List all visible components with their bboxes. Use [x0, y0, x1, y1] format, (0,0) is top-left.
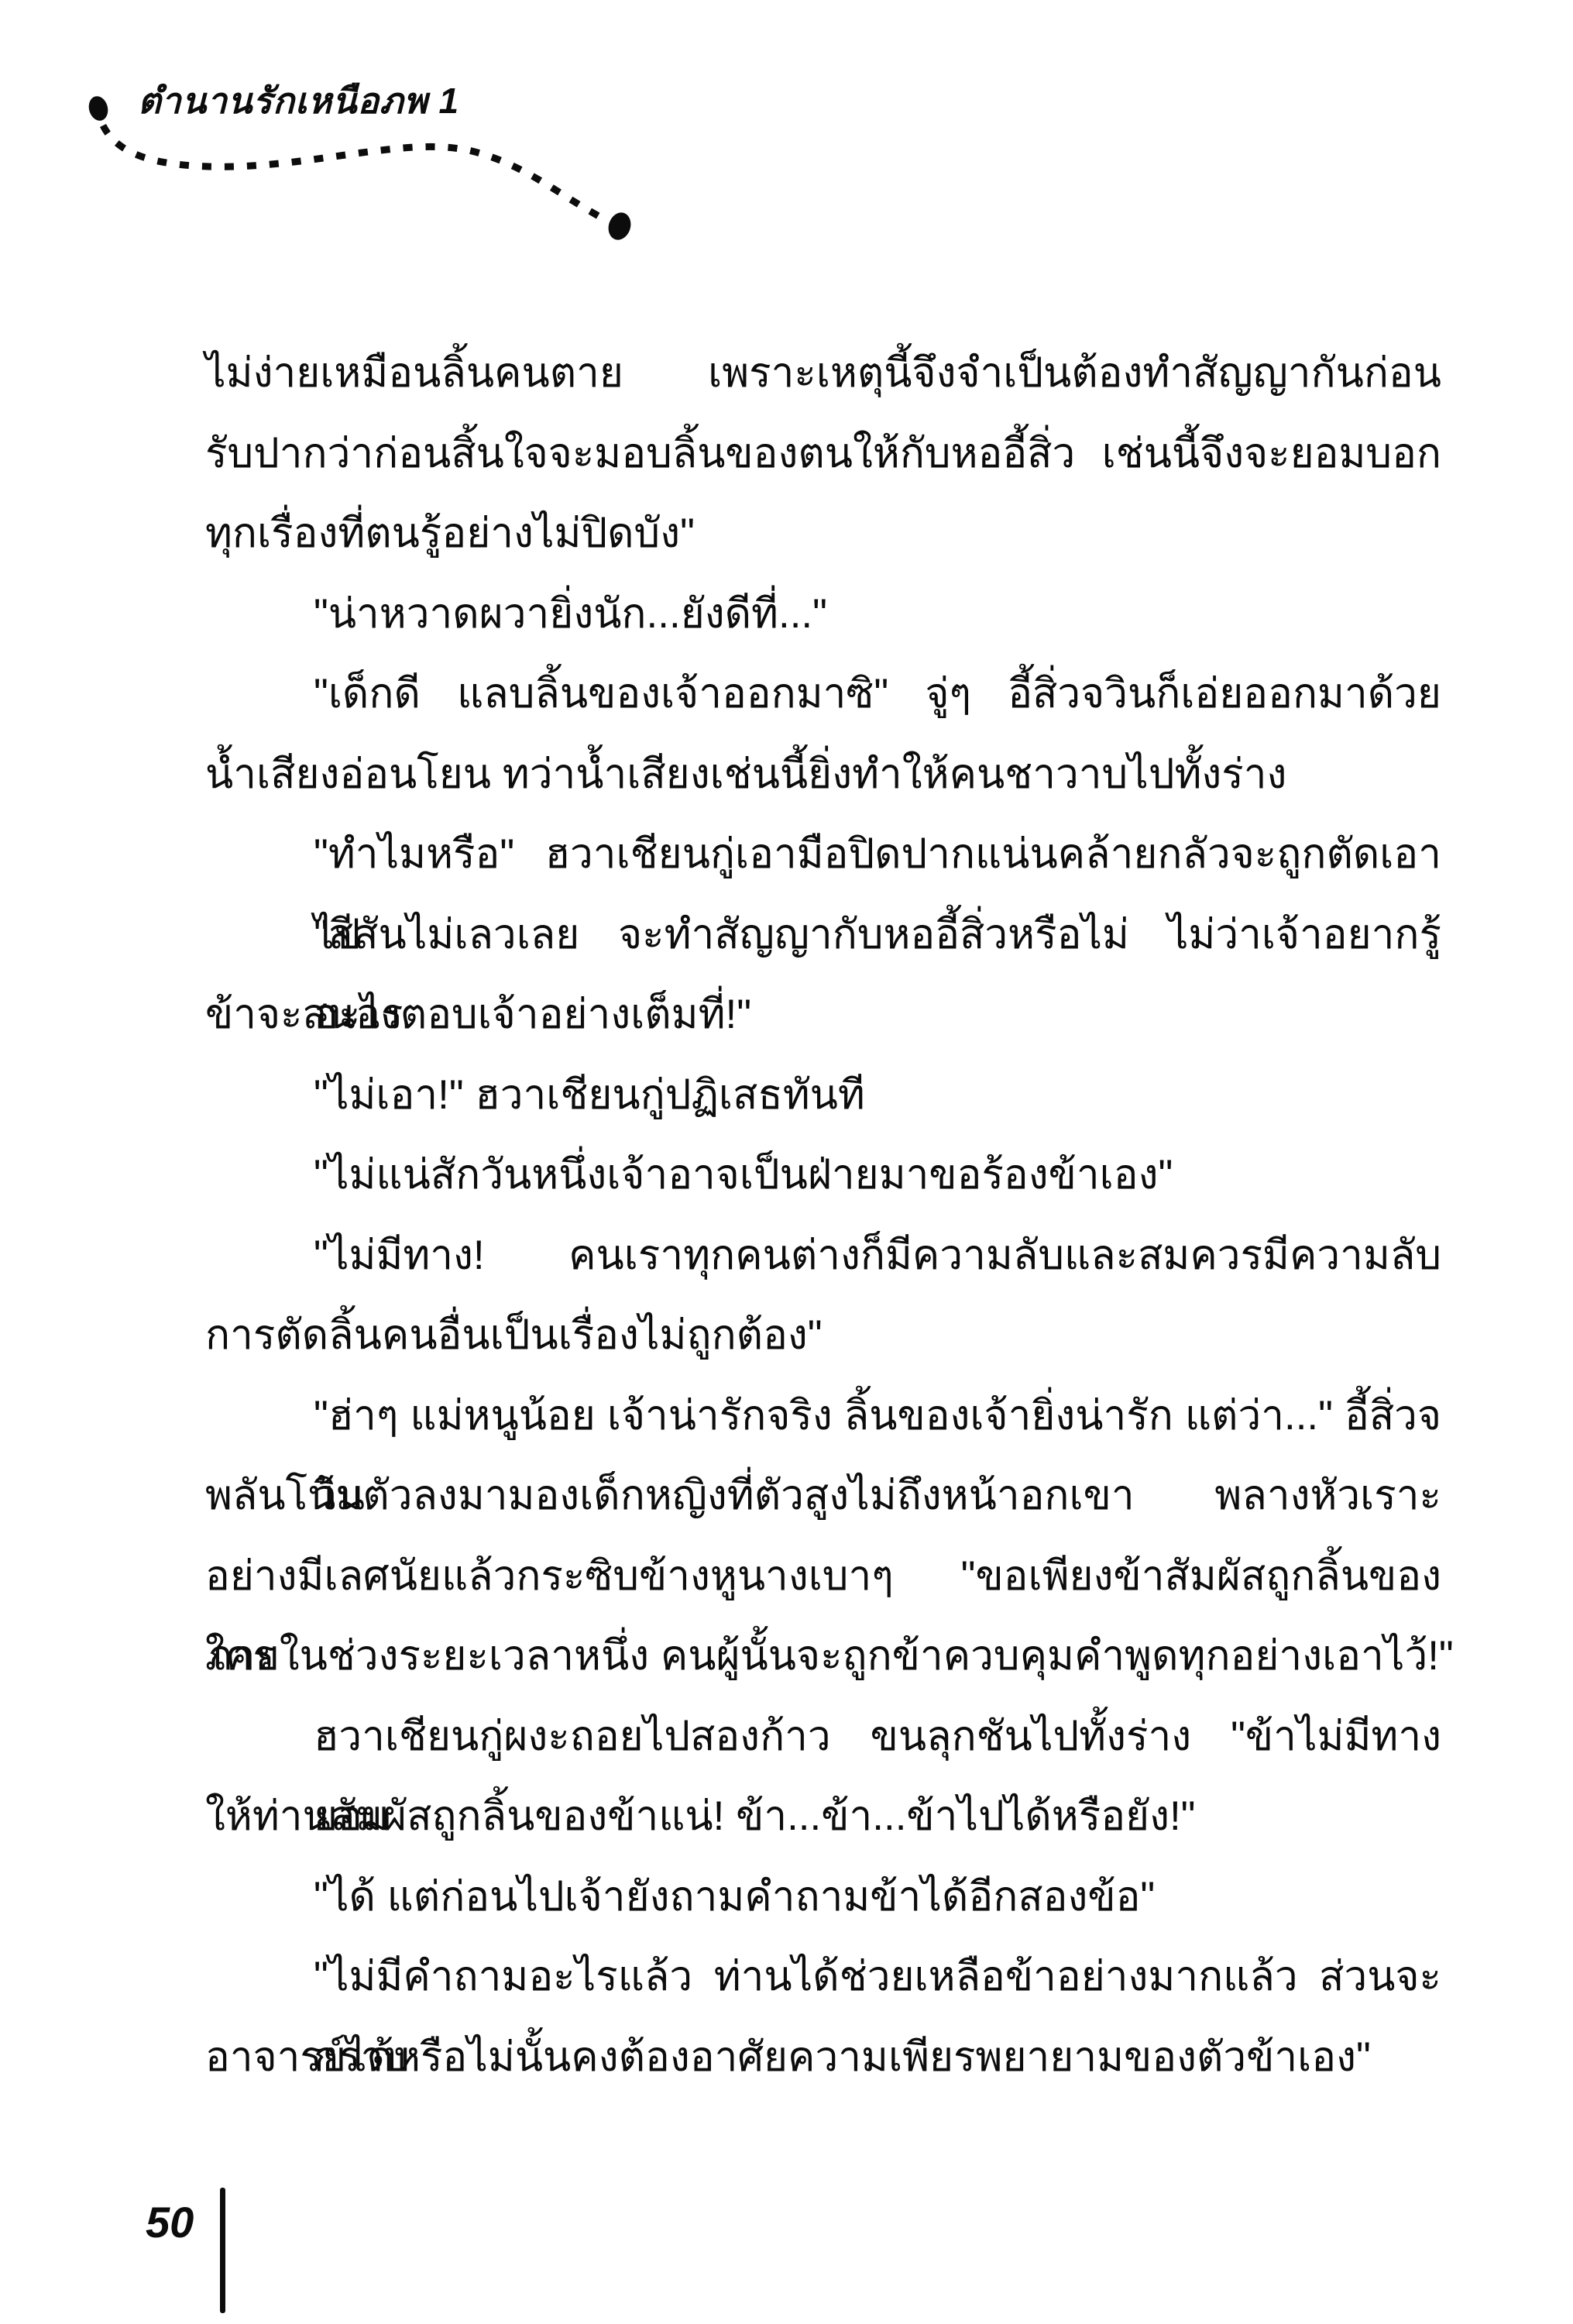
text-line: ไม่ง่ายเหมือนลิ้นคนตาย เพราะเหตุนี้จึงจำ… [205, 333, 1441, 414]
text-line: ภายในช่วงระยะเวลาหนึ่ง คนผู้นั้นจะถูกข้า… [205, 1616, 1441, 1697]
dashed-flourish [0, 0, 697, 263]
text-line: ทุกเรื่องที่ตนรู้อย่างไม่ปิดบัง" [205, 493, 1441, 574]
book-page: ตำนานรักเหนือภพ 1 ไม่ง่ายเหมือนลิ้นคนตาย… [0, 0, 1573, 2324]
page-number: 50 [146, 2197, 194, 2247]
text-line: "ฮ่าๆ แม่หนูน้อย เจ้าน่ารักจริง ลิ้นของเ… [205, 1376, 1441, 1456]
text-line: อย่างมีเลศนัยแล้วกระซิบข้างหูนางเบาๆ "ขอ… [205, 1536, 1441, 1617]
text-line: "ไม่เอา!" ฮวาเชียนกู่ปฏิเสธทันที [205, 1055, 1441, 1136]
text-line: "ได้ แต่ก่อนไปเจ้ายังถามคำถามข้าได้อีกสอ… [205, 1857, 1441, 1937]
text-line: ฮวาเชียนกู่ผงะถอยไปสองก้าว ขนลุกชันไปทั้… [205, 1697, 1441, 1777]
text-line: "ไม่แน่สักวันหนึ่งเจ้าอาจเป็นฝ่ายมาขอร้อ… [205, 1135, 1441, 1215]
running-header-title: ตำนานรักเหนือภพ 1 [138, 73, 459, 129]
flourish-curve [103, 125, 604, 219]
text-line: น้ำเสียงอ่อนโยน ทว่าน้ำเสียงเช่นนี้ยิ่งท… [205, 734, 1441, 815]
text-line: "สีสันไม่เลวเลย จะทำสัญญากับหออี้สิ่วหรื… [205, 895, 1441, 975]
text-line: รับปากว่าก่อนสิ้นใจจะมอบลิ้นของตนให้กับห… [205, 414, 1441, 494]
flourish-end-dot [605, 210, 634, 243]
body-text: ไม่ง่ายเหมือนลิ้นคนตาย เพราะเหตุนี้จึงจำ… [205, 333, 1441, 2097]
text-line: "เด็กดี แลบลิ้นของเจ้าออกมาซิ" จู่ๆ อี้ส… [205, 654, 1441, 734]
text-line: "ไม่มีคำถามอะไรแล้ว ท่านได้ช่วยเหลือข้าอ… [205, 1937, 1441, 2017]
flourish-start-dot [86, 94, 110, 122]
text-line: ให้ท่านสัมผัสถูกลิ้นของข้าแน่! ข้า...ข้า… [205, 1776, 1441, 1857]
text-line: "ทำไมหรือ" ฮวาเชียนกู่เอามือปิดปากแน่นคล… [205, 814, 1441, 895]
text-line: การตัดลิ้นคนอื่นเป็นเรื่องไม่ถูกต้อง" [205, 1295, 1441, 1376]
text-line: อาจารย์ได้หรือไม่นั้นคงต้องอาศัยความเพีย… [205, 2017, 1441, 2098]
text-line: พลันโน้มตัวลงมามองเด็กหญิงที่ตัวสูงไม่ถึ… [205, 1456, 1441, 1536]
page-number-divider [220, 2188, 225, 2313]
text-line: "ไม่มีทาง! คนเราทุกคนต่างก็มีความลับและส… [205, 1215, 1441, 1296]
text-line: "น่าหวาดผวายิ่งนัก...ยังดีที่..." [205, 574, 1441, 655]
text-line: ข้าจะสนองตอบเจ้าอย่างเต็มที่!" [205, 975, 1441, 1055]
